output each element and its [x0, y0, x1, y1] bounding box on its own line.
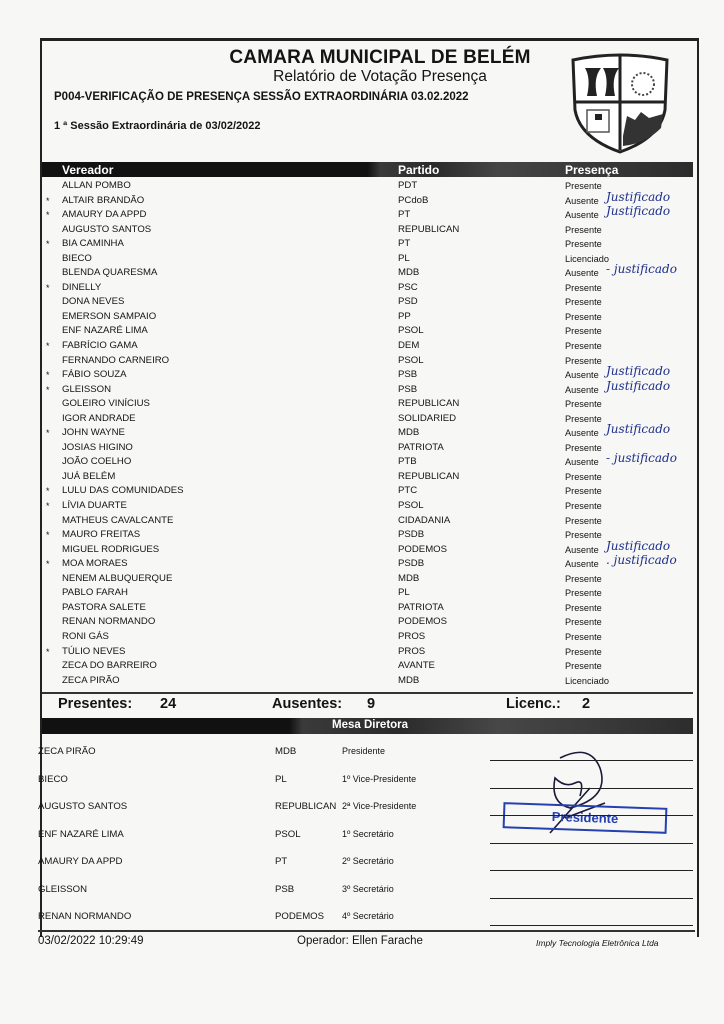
- party: PSD: [398, 295, 418, 310]
- party: DEM: [398, 339, 419, 354]
- party: PSC: [398, 281, 418, 296]
- attendance-table: ALLAN POMBOPDTPresente*ALTAIR BRANDÃOPCd…: [42, 179, 693, 688]
- presence-status: Presente: [565, 397, 602, 412]
- party: MDB: [398, 266, 419, 281]
- vereador-name: BIECO: [62, 252, 92, 267]
- handwritten-note: Justificado: [606, 364, 670, 379]
- party: PROS: [398, 645, 425, 660]
- party: PTC: [398, 484, 417, 499]
- party: PSDB: [398, 528, 424, 543]
- member-name: ZECA PIRÃO: [38, 738, 96, 766]
- vereador-name: FÁBIO SOUZA: [62, 368, 127, 383]
- table-row: *GLEISSONPSBAusenteJustificado: [42, 383, 693, 398]
- party: MDB: [398, 426, 419, 441]
- party: PT: [398, 237, 410, 252]
- vereador-name: JOHN WAYNE: [62, 426, 125, 441]
- presence-status: Presente: [565, 339, 602, 354]
- table-row: *LÍVIA DUARTEPSOLPresente: [42, 499, 693, 514]
- presence-status: Presente: [565, 223, 602, 238]
- presence-status: Presente: [565, 615, 602, 630]
- member-role: Presidente: [342, 738, 385, 766]
- table-row: *FABRÍCIO GAMADEMPresente: [42, 339, 693, 354]
- signature-line: [490, 815, 693, 816]
- vereador-name: BLENDA QUARESMA: [62, 266, 157, 281]
- mesa-diretora-header: Mesa Diretora: [42, 718, 693, 734]
- presence-status: Presente: [565, 324, 602, 339]
- table-row: *MAURO FREITASPSDBPresente: [42, 528, 693, 543]
- handwritten-note: Justificado: [606, 539, 670, 554]
- vereador-name: LÍVIA DUARTE: [62, 499, 127, 514]
- vereador-name: JOÃO COELHO: [62, 455, 131, 470]
- vereador-name: EMERSON SAMPAIO: [62, 310, 156, 325]
- member-name: GLEISSON: [38, 876, 87, 904]
- presence-status: Presente: [565, 237, 602, 252]
- table-row: ZECA PIRÃOMDBLicenciado: [42, 674, 693, 689]
- vereador-name: DINELLY: [62, 281, 101, 296]
- vereador-name: DONA NEVES: [62, 295, 124, 310]
- marker: *: [46, 208, 50, 223]
- table-row: ZECA DO BARREIROAVANTEPresente: [42, 659, 693, 674]
- presence-status: Presente: [565, 645, 602, 660]
- member-name: AUGUSTO SANTOS: [38, 793, 127, 821]
- mesa-member-row: RENAN NORMANDOPODEMOS4º Secretário: [38, 903, 695, 931]
- attendance-table-header: Vereador Partido Presença: [42, 162, 693, 177]
- member-party: PSB: [275, 876, 294, 904]
- table-row: PABLO FARAHPLPresente: [42, 586, 693, 601]
- vereador-name: MATHEUS CAVALCANTE: [62, 514, 173, 529]
- handwritten-note: - justificado: [606, 451, 677, 466]
- table-row: *BIA CAMINHAPTPresente: [42, 237, 693, 252]
- marker: *: [46, 194, 50, 209]
- vereador-name: ZECA PIRÃO: [62, 674, 120, 689]
- table-row: RENAN NORMANDOPODEMOSPresente: [42, 615, 693, 630]
- presence-status: Presente: [565, 179, 602, 194]
- table-row: JOÃO COELHOPTBAusente- justificado: [42, 455, 693, 470]
- column-header-presenca: Presença: [565, 163, 618, 177]
- presence-status: Presente: [565, 659, 602, 674]
- table-row: MATHEUS CAVALCANTECIDADANIAPresente: [42, 514, 693, 529]
- marker: *: [46, 499, 50, 514]
- presence-status: Ausente: [565, 426, 599, 441]
- member-party: PL: [275, 766, 287, 794]
- presentes-label: Presentes:: [58, 696, 132, 712]
- mesa-member-row: AMAURY DA APPDPT2º Secretário: [38, 848, 695, 876]
- presence-status: Licenciado: [565, 674, 609, 689]
- marker: *: [46, 368, 50, 383]
- marker: *: [46, 383, 50, 398]
- signature-line: [490, 925, 693, 926]
- ausentes-label: Ausentes:: [272, 696, 342, 712]
- party: PODEMOS: [398, 543, 447, 558]
- marker: *: [46, 281, 50, 296]
- member-role: 1º Vice-Presidente: [342, 766, 416, 794]
- member-role: 1º Secretário: [342, 821, 394, 849]
- table-row: *TÚLIO NEVESPROSPresente: [42, 645, 693, 660]
- marker: *: [46, 237, 50, 252]
- vereador-name: BIA CAMINHA: [62, 237, 124, 252]
- marker: *: [46, 557, 50, 572]
- presence-status: Presente: [565, 630, 602, 645]
- licenc-label: Licenc.:: [506, 696, 561, 712]
- presence-status: Ausente: [565, 455, 599, 470]
- vereador-name: RENAN NORMANDO: [62, 615, 155, 630]
- handwritten-note: Justificado: [606, 422, 670, 437]
- report-code: P004-VERIFICAÇÃO DE PRESENÇA SESSÃO EXTR…: [54, 91, 469, 103]
- presence-status: Presente: [565, 310, 602, 325]
- member-name: ENF NAZARÉ LIMA: [38, 821, 124, 849]
- presence-status: Presente: [565, 281, 602, 296]
- member-role: 2ª Vice-Presidente: [342, 793, 416, 821]
- presence-status: Presente: [565, 572, 602, 587]
- table-row: NENEM ALBUQUERQUEMDBPresente: [42, 572, 693, 587]
- presence-status: Ausente: [565, 194, 599, 209]
- vereador-name: AUGUSTO SANTOS: [62, 223, 151, 238]
- page-subtitle: Relatório de Votação Presença: [230, 68, 530, 86]
- table-row: JUÁ BELÉMREPUBLICANPresente: [42, 470, 693, 485]
- presentes-count: 24: [160, 696, 176, 712]
- vereador-name: ENF NAZARÉ LIMA: [62, 324, 148, 339]
- city-coat-of-arms-icon: [565, 48, 675, 156]
- presence-status: Presente: [565, 295, 602, 310]
- table-row: IGOR ANDRADESOLIDARIEDPresente: [42, 412, 693, 427]
- vereador-name: MAURO FREITAS: [62, 528, 140, 543]
- vereador-name: ALTAIR BRANDÃO: [62, 194, 144, 209]
- page-title: CAMARA MUNICIPAL DE BELÉM: [200, 47, 560, 69]
- handwritten-note: Justificado: [606, 379, 670, 394]
- member-name: AMAURY DA APPD: [38, 848, 122, 876]
- table-row: *JOHN WAYNEMDBAusenteJustificado: [42, 426, 693, 441]
- marker: *: [46, 528, 50, 543]
- presence-status: Ausente: [565, 557, 599, 572]
- vereador-name: ALLAN POMBO: [62, 179, 131, 194]
- presence-status: Presente: [565, 586, 602, 601]
- party: PSDB: [398, 557, 424, 572]
- handwritten-note: - justificado: [606, 262, 677, 277]
- vereador-name: AMAURY DA APPD: [62, 208, 146, 223]
- handwritten-note: Justificado: [606, 190, 670, 205]
- vereador-name: JUÁ BELÉM: [62, 470, 115, 485]
- operator-name: Operador: Ellen Farache: [297, 935, 423, 947]
- member-role: 2º Secretário: [342, 848, 394, 876]
- party: PODEMOS: [398, 615, 447, 630]
- presence-status: Ausente: [565, 383, 599, 398]
- party: PL: [398, 586, 410, 601]
- presence-status: Presente: [565, 441, 602, 456]
- party: PSOL: [398, 324, 424, 339]
- table-row: *LULU DAS COMUNIDADESPTCPresente: [42, 484, 693, 499]
- party: PROS: [398, 630, 425, 645]
- column-header-vereador: Vereador: [62, 163, 113, 177]
- presence-status: Presente: [565, 354, 602, 369]
- party: PTB: [398, 455, 417, 470]
- member-party: MDB: [275, 738, 296, 766]
- mesa-bottom-rule: [38, 930, 695, 932]
- table-row: AUGUSTO SANTOSREPUBLICANPresente: [42, 223, 693, 238]
- vereador-name: ZECA DO BARREIRO: [62, 659, 157, 674]
- vereador-name: PABLO FARAH: [62, 586, 128, 601]
- table-row: *MOA MORAESPSDBAusente. justificado: [42, 557, 693, 572]
- table-row: EMERSON SAMPAIOPPPresente: [42, 310, 693, 325]
- presence-status: Presente: [565, 412, 602, 427]
- party: REPUBLICAN: [398, 223, 459, 238]
- presence-status: Ausente: [565, 543, 599, 558]
- table-row: ALLAN POMBOPDTPresente: [42, 179, 693, 194]
- party: PSB: [398, 383, 417, 398]
- party: PATRIOTA: [398, 601, 444, 616]
- signature-line: [490, 843, 693, 844]
- table-row: BLENDA QUARESMAMDBAusente- justificado: [42, 266, 693, 281]
- table-row: RONI GÁSPROSPresente: [42, 630, 693, 645]
- vereador-name: NENEM ALBUQUERQUE: [62, 572, 172, 587]
- party: MDB: [398, 674, 419, 689]
- member-role: 4º Secretário: [342, 903, 394, 931]
- marker: *: [46, 645, 50, 660]
- vereador-name: GLEISSON: [62, 383, 111, 398]
- party: PP: [398, 310, 411, 325]
- presence-status: Presente: [565, 499, 602, 514]
- table-row: JOSIAS HIGINOPATRIOTAPresente: [42, 441, 693, 456]
- presence-status: Licenciado: [565, 252, 609, 267]
- vereador-name: MIGUEL RODRIGUES: [62, 543, 159, 558]
- party: REPUBLICAN: [398, 397, 459, 412]
- party: PATRIOTA: [398, 441, 444, 456]
- table-row: PASTORA SALETEPATRIOTAPresente: [42, 601, 693, 616]
- party: PDT: [398, 179, 417, 194]
- signature-line: [490, 870, 693, 871]
- presence-status: Presente: [565, 484, 602, 499]
- mesa-member-row: GLEISSONPSB3º Secretário: [38, 876, 695, 904]
- presence-status: Presente: [565, 514, 602, 529]
- totals-bar: Presentes: 24 Ausentes: 9 Licenc.: 2: [42, 692, 693, 716]
- table-row: FERNANDO CARNEIROPSOLPresente: [42, 354, 693, 369]
- presence-status: Ausente: [565, 208, 599, 223]
- member-party: REPUBLICAN: [275, 793, 336, 821]
- vereador-name: FABRÍCIO GAMA: [62, 339, 138, 354]
- table-row: MIGUEL RODRIGUESPODEMOSAusenteJustificad…: [42, 543, 693, 558]
- licenc-count: 2: [582, 696, 590, 712]
- table-row: *ALTAIR BRANDÃOPCdoBAusenteJustificado: [42, 194, 693, 209]
- party: PSB: [398, 368, 417, 383]
- mesa-diretora-title: Mesa Diretora: [332, 719, 408, 731]
- vereador-name: GOLEIRO VINÍCIUS: [62, 397, 150, 412]
- member-party: PODEMOS: [275, 903, 324, 931]
- vereador-name: TÚLIO NEVES: [62, 645, 125, 660]
- table-row: GOLEIRO VINÍCIUSREPUBLICANPresente: [42, 397, 693, 412]
- member-name: BIECO: [38, 766, 68, 794]
- presence-status: Presente: [565, 601, 602, 616]
- party: PSOL: [398, 354, 424, 369]
- party: PL: [398, 252, 410, 267]
- party: PCdoB: [398, 194, 428, 209]
- table-row: BIECOPLLicenciado: [42, 252, 693, 267]
- presence-status: Ausente: [565, 266, 599, 281]
- presence-status: Ausente: [565, 368, 599, 383]
- presence-status: Presente: [565, 470, 602, 485]
- party: PT: [398, 208, 410, 223]
- session-label: 1 ª Sessão Extraordinária de 03/02/2022: [54, 120, 260, 132]
- signature-line: [490, 788, 693, 789]
- table-row: *FÁBIO SOUZAPSBAusenteJustificado: [42, 368, 693, 383]
- vereador-name: PASTORA SALETE: [62, 601, 146, 616]
- table-row: *DINELLYPSCPresente: [42, 281, 693, 296]
- vereador-name: LULU DAS COMUNIDADES: [62, 484, 184, 499]
- party: CIDADANIA: [398, 514, 450, 529]
- handwritten-note: . justificado: [606, 553, 677, 568]
- report-page: CAMARA MUNICIPAL DE BELÉM Relatório de V…: [0, 0, 724, 1024]
- party: SOLIDARIED: [398, 412, 456, 427]
- table-row: *AMAURY DA APPDPTAusenteJustificado: [42, 208, 693, 223]
- member-party: PSOL: [275, 821, 301, 849]
- party: AVANTE: [398, 659, 435, 674]
- table-row: DONA NEVESPSDPresente: [42, 295, 693, 310]
- party: REPUBLICAN: [398, 470, 459, 485]
- handwritten-note: Justificado: [606, 204, 670, 219]
- member-party: PT: [275, 848, 287, 876]
- signature-line: [490, 898, 693, 899]
- column-header-partido: Partido: [398, 163, 439, 177]
- member-role: 3º Secretário: [342, 876, 394, 904]
- ausentes-count: 9: [367, 696, 375, 712]
- table-row: ENF NAZARÉ LIMAPSOLPresente: [42, 324, 693, 339]
- vereador-name: FERNANDO CARNEIRO: [62, 354, 169, 369]
- marker: *: [46, 484, 50, 499]
- vereador-name: JOSIAS HIGINO: [62, 441, 133, 456]
- report-timestamp: 03/02/2022 10:29:49: [38, 935, 144, 947]
- member-name: RENAN NORMANDO: [38, 903, 131, 931]
- presence-status: Presente: [565, 528, 602, 543]
- party: PSOL: [398, 499, 424, 514]
- vereador-name: RONI GÁS: [62, 630, 109, 645]
- marker: *: [46, 426, 50, 441]
- vereador-name: IGOR ANDRADE: [62, 412, 136, 427]
- company-credit: Imply Tecnologia Eletrônica Ltda: [536, 938, 659, 948]
- vereador-name: MOA MORAES: [62, 557, 128, 572]
- marker: *: [46, 339, 50, 354]
- party: MDB: [398, 572, 419, 587]
- signature-line: [490, 760, 693, 761]
